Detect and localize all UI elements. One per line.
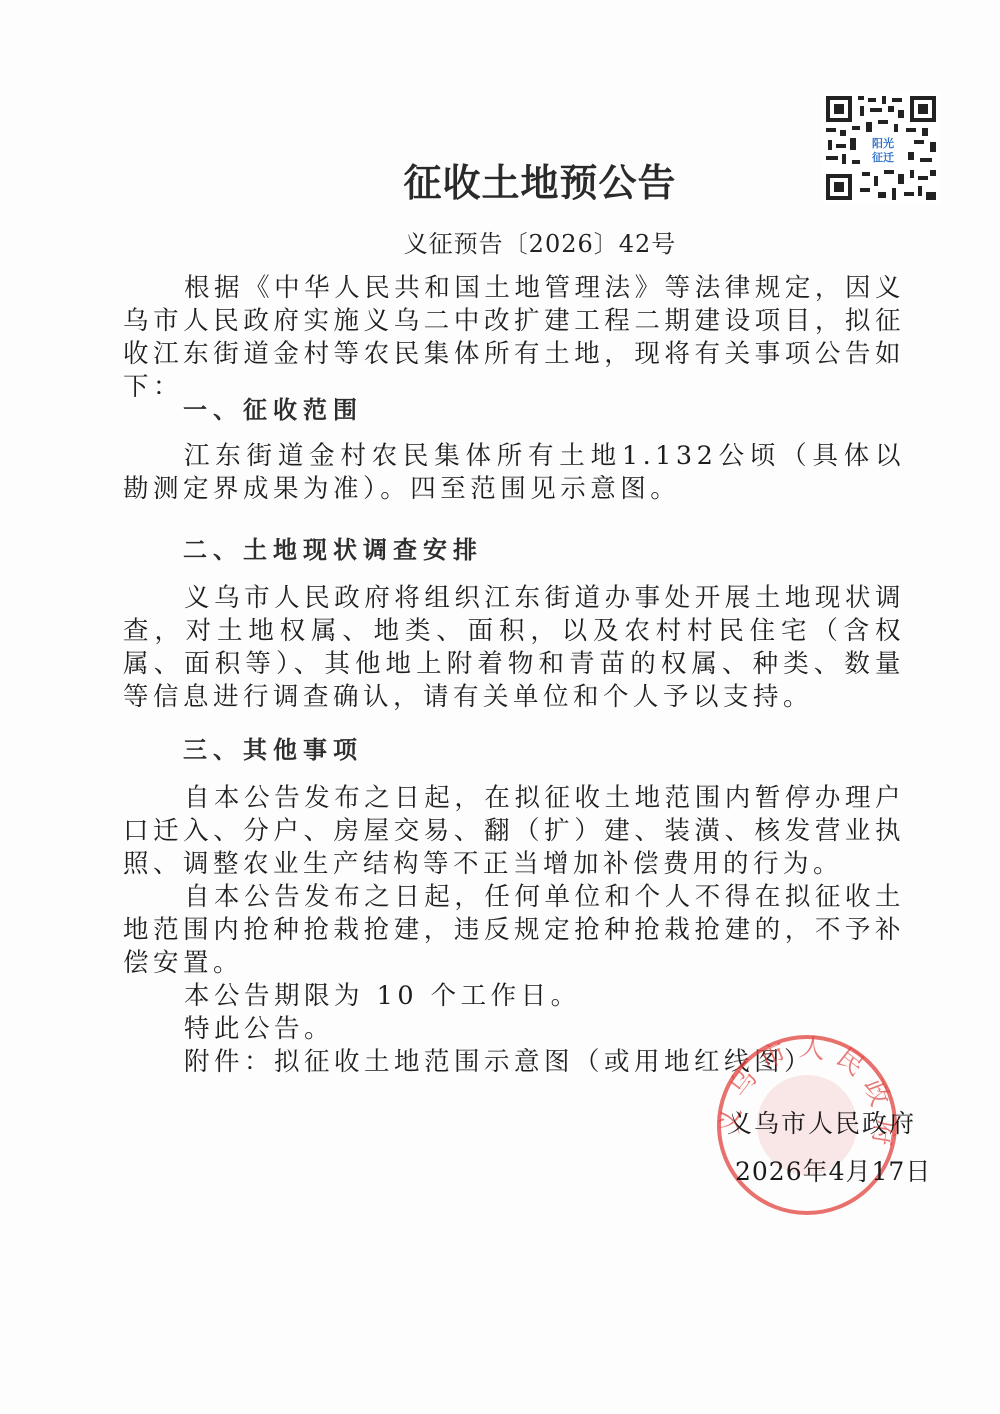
announcement-period: 本公告期限为 10 个工作日。	[123, 980, 905, 1013]
intro-text: 根据《中华人民共和国土地管理法》等法律规定，因义乌市人民政府实施义乌二中改扩建工…	[123, 272, 905, 404]
section-heading-3: 三、其他事项	[183, 730, 363, 765]
section-3-paragraph-2: 自本公告发布之日起，任何单位和个人不得在拟征收土地范围内抢种抢栽抢建，违反规定抢…	[123, 881, 905, 980]
section-1-paragraph: 江东街道金村农民集体所有土地1.132公顷（具体以勘测定界成果为准）。四至范围见…	[123, 440, 905, 506]
section-2-paragraph: 义乌市人民政府将组织江东街道办事处开展土地现状调查，对土地权属、地类、面积，以及…	[123, 582, 905, 714]
section-2-body: 义乌市人民政府将组织江东街道办事处开展土地现状调查，对土地权属、地类、面积，以及…	[123, 582, 905, 714]
document-number: 义征预告〔2026〕42号	[0, 224, 1000, 259]
qr-label-line1: 阳光	[872, 136, 894, 150]
issue-date: 2026年4月17日	[735, 1152, 931, 1188]
section-1-body: 江东街道金村农民集体所有土地1.132公顷（具体以勘测定界成果为准）。四至范围见…	[123, 440, 905, 506]
document-title: 征收土地预公告	[0, 152, 1000, 207]
issuer-name: 义乌市人民政府	[727, 1104, 916, 1140]
section-heading-2: 二、土地现状调查安排	[183, 530, 483, 565]
section-3-paragraph-1: 自本公告发布之日起，在拟征收土地范围内暂停办理户口迁入、分户、房屋交易、翻（扩）…	[123, 782, 905, 881]
section-heading-1: 一、征收范围	[183, 390, 363, 425]
document-page: 阳光 征迁 征收土地预公告 义征预告〔2026〕42号 根据《中华人民共和国土地…	[0, 0, 1000, 1414]
intro-paragraph: 根据《中华人民共和国土地管理法》等法律规定，因义乌市人民政府实施义乌二中改扩建工…	[123, 272, 905, 404]
